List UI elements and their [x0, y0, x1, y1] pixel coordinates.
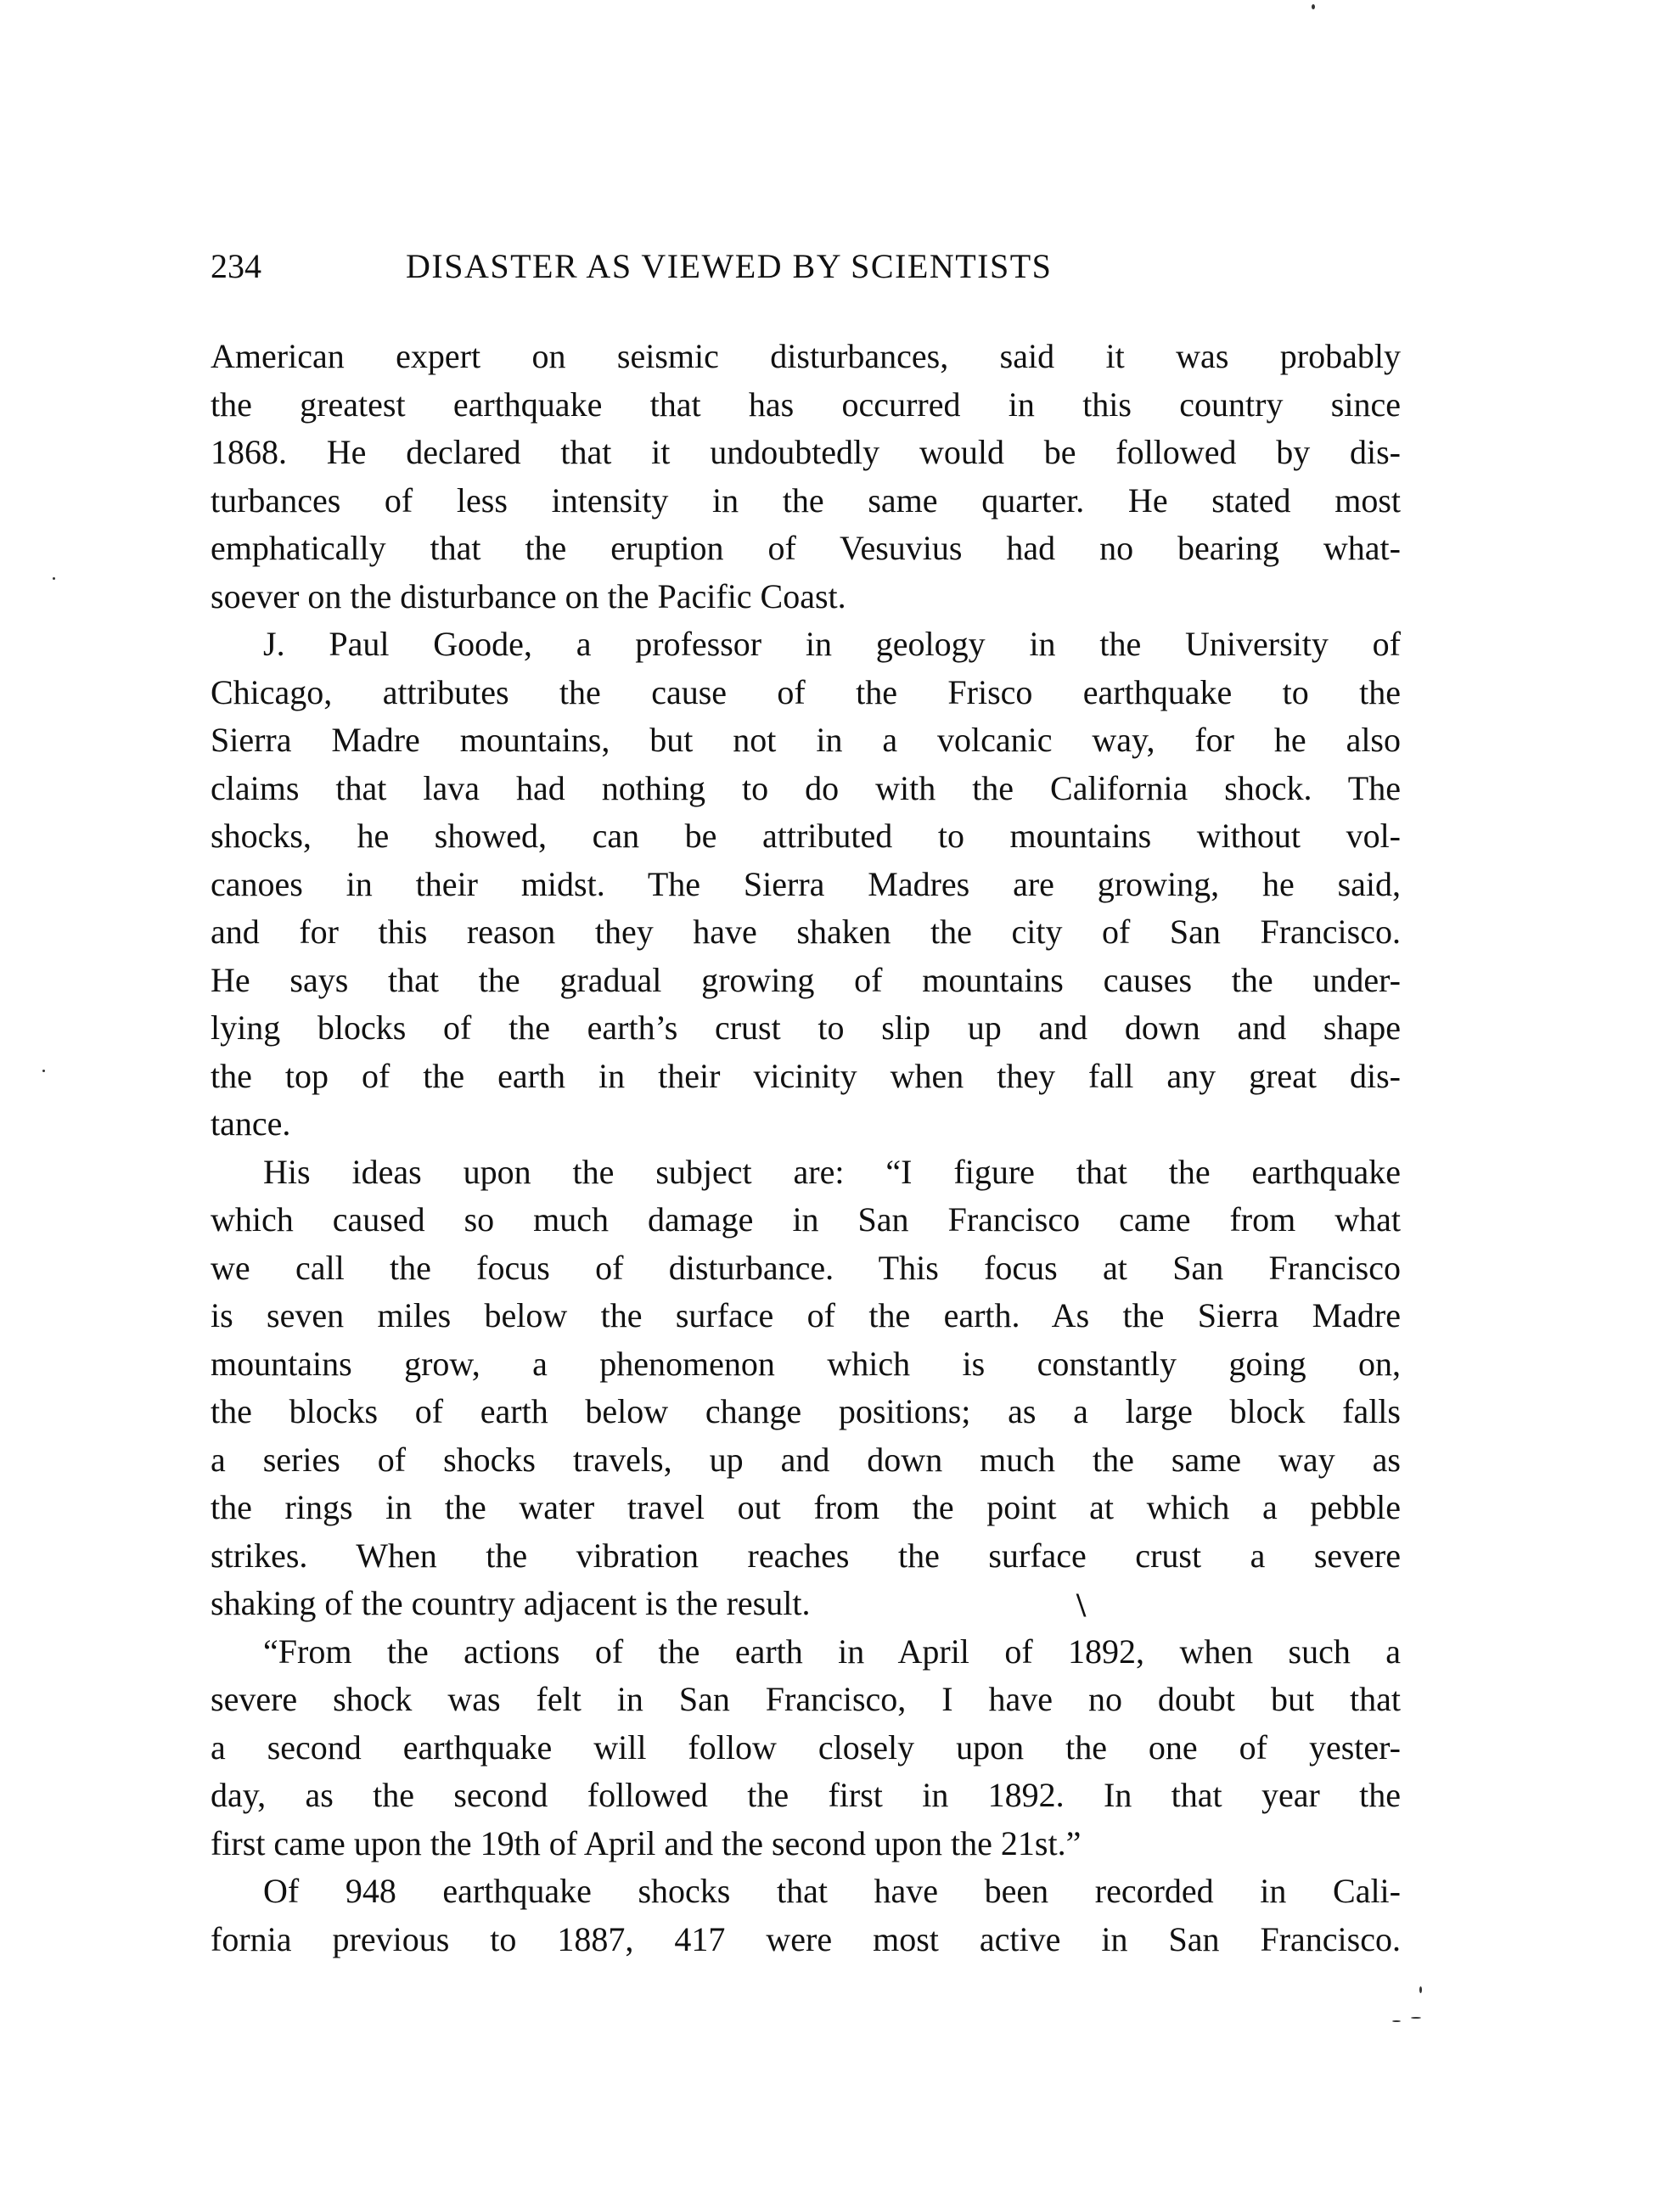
text-line: the rings in the water travel out from t…	[211, 1484, 1401, 1532]
text-line: a second earthquake will follow closely …	[211, 1724, 1401, 1772]
page-number: 234	[211, 246, 261, 286]
text-line: which caused so much damage in San Franc…	[211, 1196, 1401, 1244]
scan-speck	[1411, 2017, 1421, 2019]
text-line: shaking of the country adjacent is the r…	[211, 1580, 1401, 1628]
paragraph: J. Paul Goode, a professor in geology in…	[211, 621, 1401, 1149]
text-line: we call the focus of disturbance. This f…	[211, 1244, 1401, 1293]
text-line: His ideas upon the subject are: “I figur…	[211, 1149, 1401, 1197]
text-line: severe shock was felt in San Francisco, …	[211, 1676, 1401, 1724]
text-line: strikes. When the vibration reaches the …	[211, 1532, 1401, 1581]
text-line: 1868. He declared that it undoubtedly wo…	[211, 429, 1401, 477]
text-line: shocks, he showed, can be attributed to …	[211, 812, 1401, 861]
scan-speck	[1419, 1986, 1422, 1993]
text-line: Chicago, attributes the cause of the Fri…	[211, 669, 1401, 717]
scan-speck	[42, 1070, 45, 1072]
paragraph: Of 948 earthquake shocks that have been …	[211, 1868, 1401, 1963]
scan-speck	[1392, 2020, 1401, 2022]
text-line: day, as the second followed the first in…	[211, 1772, 1401, 1820]
text-line: turbances of less intensity in the same …	[211, 477, 1401, 525]
paragraph: “From the actions of the earth in April …	[211, 1628, 1401, 1868]
text-line: “From the actions of the earth in April …	[211, 1628, 1401, 1677]
running-title: DISASTER AS VIEWED BY SCIENTISTS	[406, 246, 1052, 286]
text-line: canoes in their midst. The Sierra Madres…	[211, 861, 1401, 909]
text-line: fornia previous to 1887, 417 were most a…	[211, 1916, 1401, 1964]
paragraph: His ideas upon the subject are: “I figur…	[211, 1149, 1401, 1628]
scan-speck	[1312, 4, 1315, 9]
text-line: emphatically that the eruption of Vesuvi…	[211, 525, 1401, 573]
text-line: J. Paul Goode, a professor in geology in…	[211, 621, 1401, 669]
text-line: claims that lava had nothing to do with …	[211, 765, 1401, 813]
text-line: tance.	[211, 1100, 1401, 1149]
text-line: American expert on seismic disturbances,…	[211, 333, 1401, 381]
text-line: mountains grow, a phenomenon which is co…	[211, 1340, 1401, 1389]
text-line: the blocks of earth below change positio…	[211, 1388, 1401, 1436]
text-line: Of 948 earthquake shocks that have been …	[211, 1868, 1401, 1916]
body-text: American expert on seismic disturbances,…	[211, 333, 1401, 1963]
text-line: Sierra Madre mountains, but not in a vol…	[211, 716, 1401, 765]
text-line: a series of shocks travels, up and down …	[211, 1436, 1401, 1485]
text-line: and for this reason they have shaken the…	[211, 908, 1401, 957]
scan-speck	[53, 577, 55, 580]
text-line: is seven miles below the surface of the …	[211, 1292, 1401, 1340]
marginal-mark: \	[1076, 1585, 1086, 1625]
text-line: the greatest earthquake that has occurre…	[211, 381, 1401, 430]
book-page: 234 DISASTER AS VIEWED BY SCIENTISTS Ame…	[0, 0, 1680, 2202]
text-line: first came upon the 19th of April and th…	[211, 1820, 1401, 1868]
text-line: lying blocks of the earth’s crust to sli…	[211, 1004, 1401, 1053]
running-head: 234 DISASTER AS VIEWED BY SCIENTISTS	[211, 246, 1407, 297]
text-line: soever on the disturbance on the Pacific…	[211, 573, 1401, 621]
text-line: He says that the gradual growing of moun…	[211, 957, 1401, 1005]
text-line: the top of the earth in their vicinity w…	[211, 1053, 1401, 1101]
paragraph: American expert on seismic disturbances,…	[211, 333, 1401, 621]
